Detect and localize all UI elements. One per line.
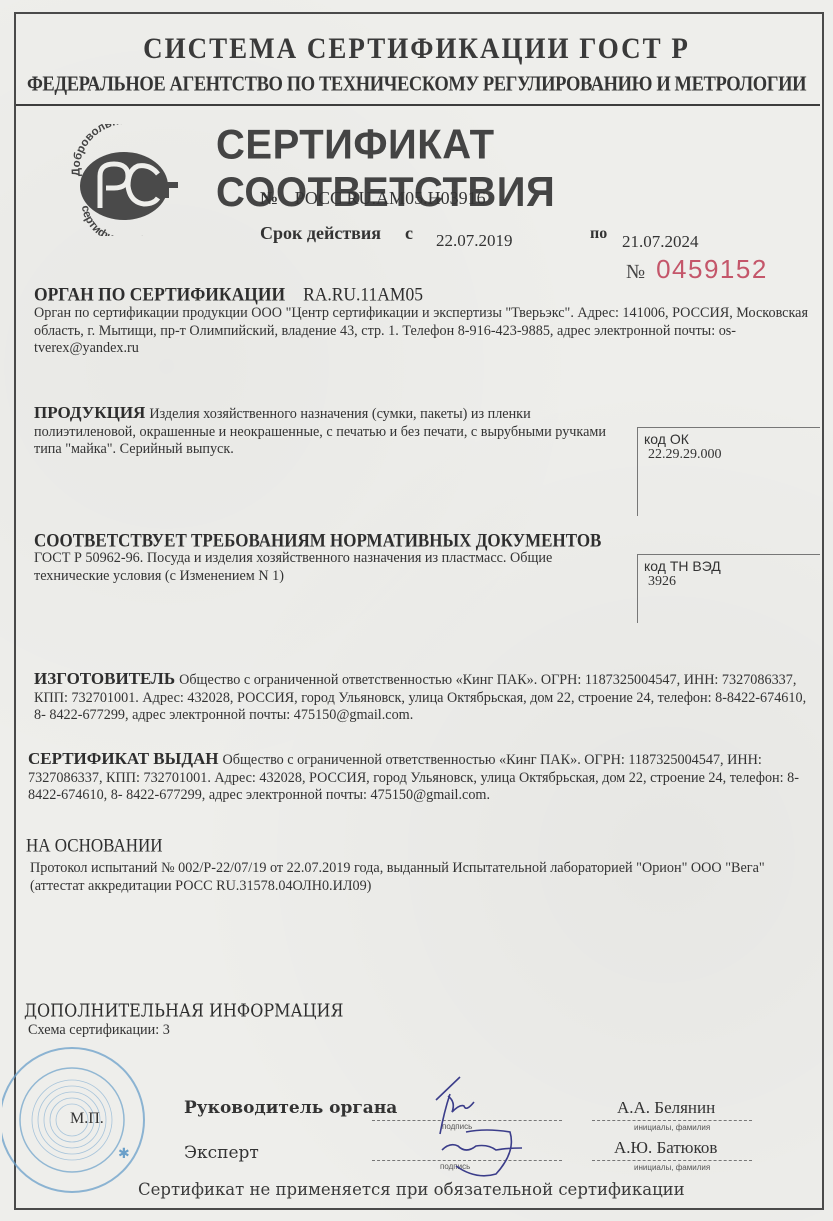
issued-to-section: СЕРТИФИКАТ ВЫДАНОбщество с ограниченной … (28, 750, 803, 805)
tnved-code-label: код ТН ВЭД (644, 559, 814, 574)
basis-heading: НА ОСНОВАНИИ (26, 835, 163, 857)
rst-logo-icon: Добровольная сертификация (66, 124, 188, 236)
expert-label: Эксперт (184, 1143, 259, 1163)
head-name-line (592, 1120, 752, 1121)
serial-number: 0459152 (656, 254, 768, 284)
from-label: с (405, 223, 413, 244)
basis-text: Протокол испытаний № 002/Р-22/07/19 от 2… (30, 860, 790, 895)
head-name: А.А. Белянин (617, 1098, 715, 1118)
certificate-number-row: № РОСС RU.АМ05.Н03916 (260, 188, 486, 209)
tnved-code-value: 3926 (644, 574, 814, 589)
header-divider (16, 104, 820, 106)
product-heading: ПРОДУКЦИЯ (34, 403, 145, 422)
manufacturer-heading: ИЗГОТОВИТЕЛЬ (34, 669, 175, 688)
agency-title: ФЕДЕРАЛЬНОЕ АГЕНТСТВО ПО ТЕХНИЧЕСКОМУ РЕ… (0, 73, 833, 97)
number-label: № (260, 188, 278, 208)
certification-body-heading: ОРГАН ПО СЕРТИФИКАЦИИRA.RU.11АМ05 (34, 283, 423, 306)
footer-note: Сертификат не применяется при обязательн… (138, 1180, 685, 1199)
certification-body-code: RA.RU.11АМ05 (303, 283, 423, 305)
certificate-number: РОСС RU.АМ05.Н03916 (295, 188, 486, 208)
valid-to: 21.07.2024 (622, 232, 699, 252)
expert-signature-icon (436, 1122, 526, 1182)
expert-name: А.Ю. Батюков (614, 1138, 717, 1158)
manufacturer-section: ИЗГОТОВИТЕЛЬОбщество с ограниченной отве… (34, 670, 809, 725)
head-of-body-label: Руководитель органа (184, 1098, 397, 1118)
head-name-hint: инициалы, фамилия (634, 1123, 710, 1132)
tnved-code-box: код ТН ВЭД 3926 (637, 554, 820, 623)
okp-code-label: код ОК (644, 432, 814, 447)
system-title: СИСТЕМА СЕРТИФИКАЦИИ ГОСТ Р (0, 31, 833, 65)
compliance-heading: СООТВЕТСТВУЕТ ТРЕБОВАНИЯМ НОРМАТИВНЫХ ДО… (34, 530, 601, 552)
certification-body-text: Орган по сертификации продукции ООО "Цен… (34, 305, 814, 358)
validity-row: Срок действия с 22.07.2019 по 21.07.2024 (260, 223, 820, 253)
validity-label: Срок действия (260, 223, 381, 244)
issued-to-heading: СЕРТИФИКАТ ВЫДАН (28, 749, 219, 768)
to-label: по (590, 225, 607, 243)
compliance-text: ГОСТ Р 50962-96. Посуда и изделия хозяйс… (34, 550, 604, 585)
stamp-place-mark: М.П. (70, 1110, 104, 1128)
serial-label: № (626, 261, 645, 283)
expert-name-line (592, 1160, 752, 1161)
additional-info-heading: ДОПОЛНИТЕЛЬНАЯ ИНФОРМАЦИЯ (24, 1000, 343, 1021)
expert-name-hint: инициалы, фамилия (634, 1163, 710, 1172)
product-section: ПРОДУКЦИЯИзделия хозяйственного назначен… (34, 404, 609, 459)
okp-code-box: код ОК 22.29.29.000 (637, 427, 820, 516)
svg-text:✱: ✱ (118, 1147, 130, 1162)
serial-number-row: № 0459152 (626, 254, 768, 285)
okp-code-value: 22.29.29.000 (644, 447, 814, 462)
valid-from: 22.07.2019 (436, 231, 513, 251)
